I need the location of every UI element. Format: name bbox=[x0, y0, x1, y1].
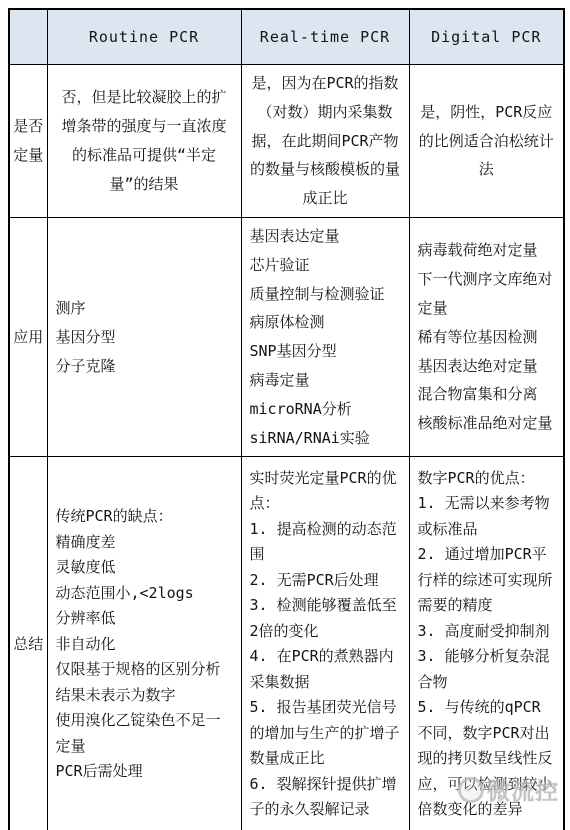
row-applications: 应用 测序 基因分型 分子克隆 基因表达定量 芯片验证 质量控制与检测验证 病原… bbox=[9, 217, 564, 456]
cell-quantitative-routine: 否，但是比较凝胶上的扩增条带的强度与一直浓度的标准品可提供“半定量”的结果 bbox=[47, 65, 241, 218]
header-cell-digital-pcr: Digital PCR bbox=[409, 9, 564, 65]
header-row: Routine PCR Real-time PCR Digital PCR bbox=[9, 9, 564, 65]
cell-applications-routine: 测序 基因分型 分子克隆 bbox=[47, 217, 241, 456]
row-label-quantitative: 是否定量 bbox=[9, 65, 47, 218]
row-quantitative: 是否定量 否，但是比较凝胶上的扩增条带的强度与一直浓度的标准品可提供“半定量”的… bbox=[9, 65, 564, 218]
row-label-summary: 总结 bbox=[9, 457, 47, 830]
header-corner-cell bbox=[9, 9, 47, 65]
cell-quantitative-digital: 是，阴性，PCR反应的比例适合泊松统计法 bbox=[409, 65, 564, 218]
cell-summary-digital: 数字PCR的优点： 1. 无需以来参考物或标准品 2. 通过增加PCR平行样的综… bbox=[409, 457, 564, 830]
row-label-applications: 应用 bbox=[9, 217, 47, 456]
cell-summary-routine: 传统PCR的缺点： 精确度差 灵敏度低 动态范围小,<2logs 分辨率低 非自… bbox=[47, 457, 241, 830]
header-cell-realtime-pcr: Real-time PCR bbox=[241, 9, 409, 65]
row-summary: 总结 传统PCR的缺点： 精确度差 灵敏度低 动态范围小,<2logs 分辨率低… bbox=[9, 457, 564, 830]
cell-quantitative-realtime: 是，因为在PCR的指数（对数）期内采集数据，在此期间PCR产物的数量与核酸模板的… bbox=[241, 65, 409, 218]
cell-applications-realtime: 基因表达定量 芯片验证 质量控制与检测验证 病原体检测 SNP基因分型 病毒定量… bbox=[241, 217, 409, 456]
cell-applications-digital: 病毒载荷绝对定量 下一代测序文库绝对定量 稀有等位基因检测 基因表达绝对定量 混… bbox=[409, 217, 564, 456]
cell-summary-realtime: 实时荧光定量PCR的优点： 1. 提高检测的动态范围 2. 无需PCR后处理 3… bbox=[241, 457, 409, 830]
header-cell-routine-pcr: Routine PCR bbox=[47, 9, 241, 65]
pcr-comparison-table: Routine PCR Real-time PCR Digital PCR 是否… bbox=[8, 8, 565, 830]
pcr-comparison-page: Routine PCR Real-time PCR Digital PCR 是否… bbox=[0, 0, 570, 830]
